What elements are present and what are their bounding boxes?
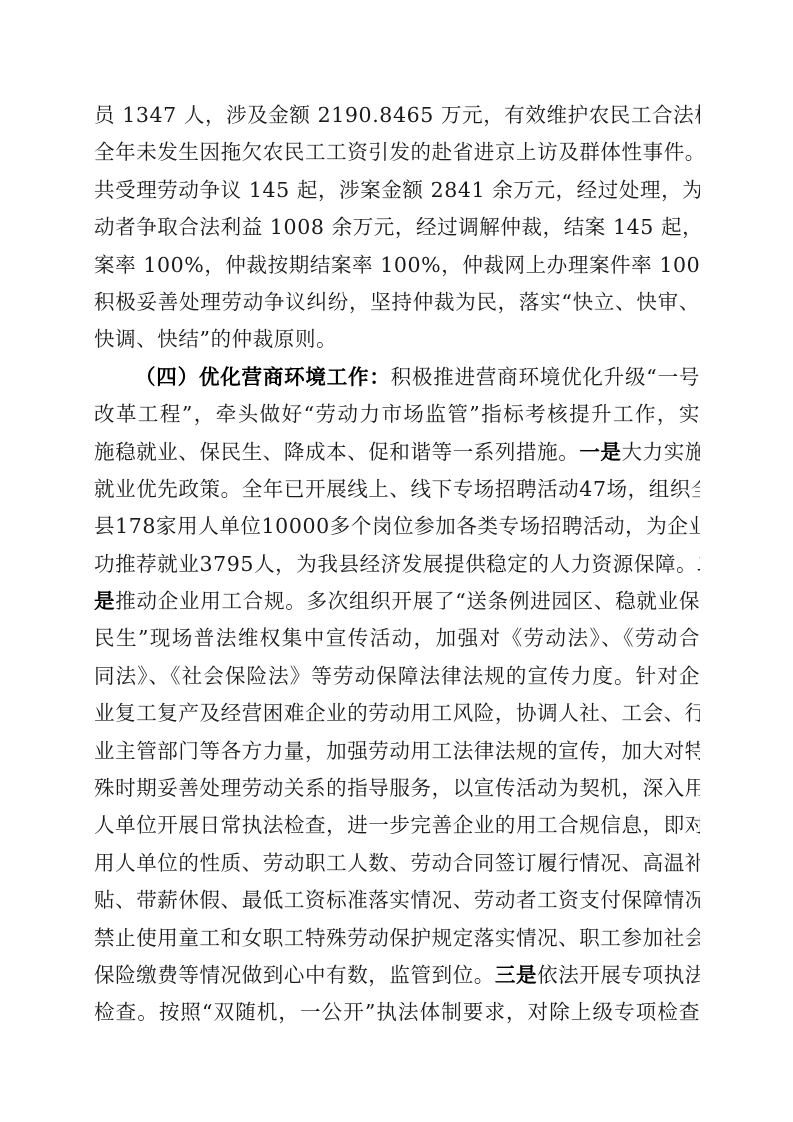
text-line: 贴、带薪休假、最低工资标准落实情况、劳动者工资支付保障情况、 [94, 882, 700, 919]
text-line: 共受理劳动争议 145 起，涉案金额 2841 余万元，经过处理，为劳 [94, 172, 700, 209]
text-line: 同法》、《社会保险法》等劳动保障法律法规的宣传力度。针对企 [94, 658, 700, 695]
text-line: 业复工复产及经营困难企业的劳动用工风险，协调人社、工会、行 [94, 695, 700, 732]
document-page: 员 1347 人，涉及金额 2190.8465 万元，有效维护农民工合法权益， … [94, 97, 700, 1032]
text-line: 业主管部门等各方力量，加强劳动用工法律法规的宣传，加大对特 [94, 733, 700, 770]
text-line: 功推荐就业3795人，为我县经济发展提供稳定的人力资源保障。二 [94, 546, 700, 583]
text-line: 殊时期妥善处理劳动关系的指导服务，以宣传活动为契机，深入用 [94, 770, 700, 807]
text-line: （四）优化营商环境工作：积极推进营商环境优化升级“一号 [94, 359, 700, 396]
text-line: 禁止使用童工和女职工特殊劳动保护规定落实情况、职工参加社会 [94, 920, 700, 957]
text-span: 功推荐就业3795人，为我县经济发展提供稳定的人力资源保障。 [94, 552, 697, 576]
text-line: 是推动企业用工合规。多次组织开展了“送条例进园区、稳就业保 [94, 583, 700, 620]
text-line: 全年未发生因拖欠农民工工资引发的赴省进京上访及群体性事件。 [94, 134, 700, 171]
text-line: 施稳就业、保民生、降成本、促和谐等一系列措施。一是大力实施 [94, 434, 700, 471]
paragraph-business-environment: （四）优化营商环境工作：积极推进营商环境优化升级“一号 改革工程”，牵头做好“劳… [94, 359, 700, 1032]
text-line: 就业优先政策。全年已开展线上、线下专场招聘活动47场，组织全 [94, 471, 700, 508]
text-line: 人单位开展日常执法检查，进一步完善企业的用工合规信息，即对 [94, 807, 700, 844]
text-line: 县178家用人单位10000多个岗位参加各类专场招聘活动，为企业成 [94, 508, 700, 545]
marker-first: 一是 [579, 440, 621, 464]
text-span: 保险缴费等情况做到心中有数，监管到位。 [94, 963, 495, 987]
text-span: 施稳就业、保民生、降成本、促和谐等一系列措施。 [94, 440, 579, 464]
text-line: 积极妥善处理劳动争议纠纷，坚持仲裁为民，落实“快立、快审、 [94, 284, 700, 321]
text-line: 保险缴费等情况做到心中有数，监管到位。三是依法开展专项执法 [94, 957, 700, 994]
text-span: 积极推进营商环境优化升级“一号 [391, 365, 700, 389]
paragraph-labor-disputes: 员 1347 人，涉及金额 2190.8465 万元，有效维护农民工合法权益， … [94, 97, 700, 359]
text-line: 用人单位的性质、劳动职工人数、劳动合同签订履行情况、高温补 [94, 845, 700, 882]
text-line: 快调、快结”的仲裁原则。 [94, 321, 700, 358]
text-line: 检查。按照“双随机，一公开”执法体制要求，对除上级专项检查 [94, 994, 700, 1031]
text-line: 动者争取合法利益 1008 余万元，经过调解仲裁，结案 145 起，结 [94, 209, 700, 246]
text-line: 民生”现场普法维权集中宣传活动，加强对《劳动法》、《劳动合 [94, 620, 700, 657]
text-span: 依法开展专项执法 [537, 963, 700, 987]
section-heading: （四）优化营商环境工作： [135, 365, 391, 389]
text-line: 案率 100%，仲裁按期结案率 100%，仲裁网上办理案件率 100%， [94, 247, 700, 284]
text-span: 大力实施 [622, 440, 700, 464]
text-line: 改革工程”，牵头做好“劳动力市场监管”指标考核提升工作，实 [94, 396, 700, 433]
text-line: 员 1347 人，涉及金额 2190.8465 万元，有效维护农民工合法权益， [94, 97, 700, 134]
text-span: 推动企业用工合规。多次组织开展了“送条例进园区、稳就业保 [115, 589, 700, 613]
marker-second: 是 [94, 589, 115, 613]
marker-third: 三是 [495, 963, 537, 987]
marker-second: 二 [697, 552, 700, 576]
